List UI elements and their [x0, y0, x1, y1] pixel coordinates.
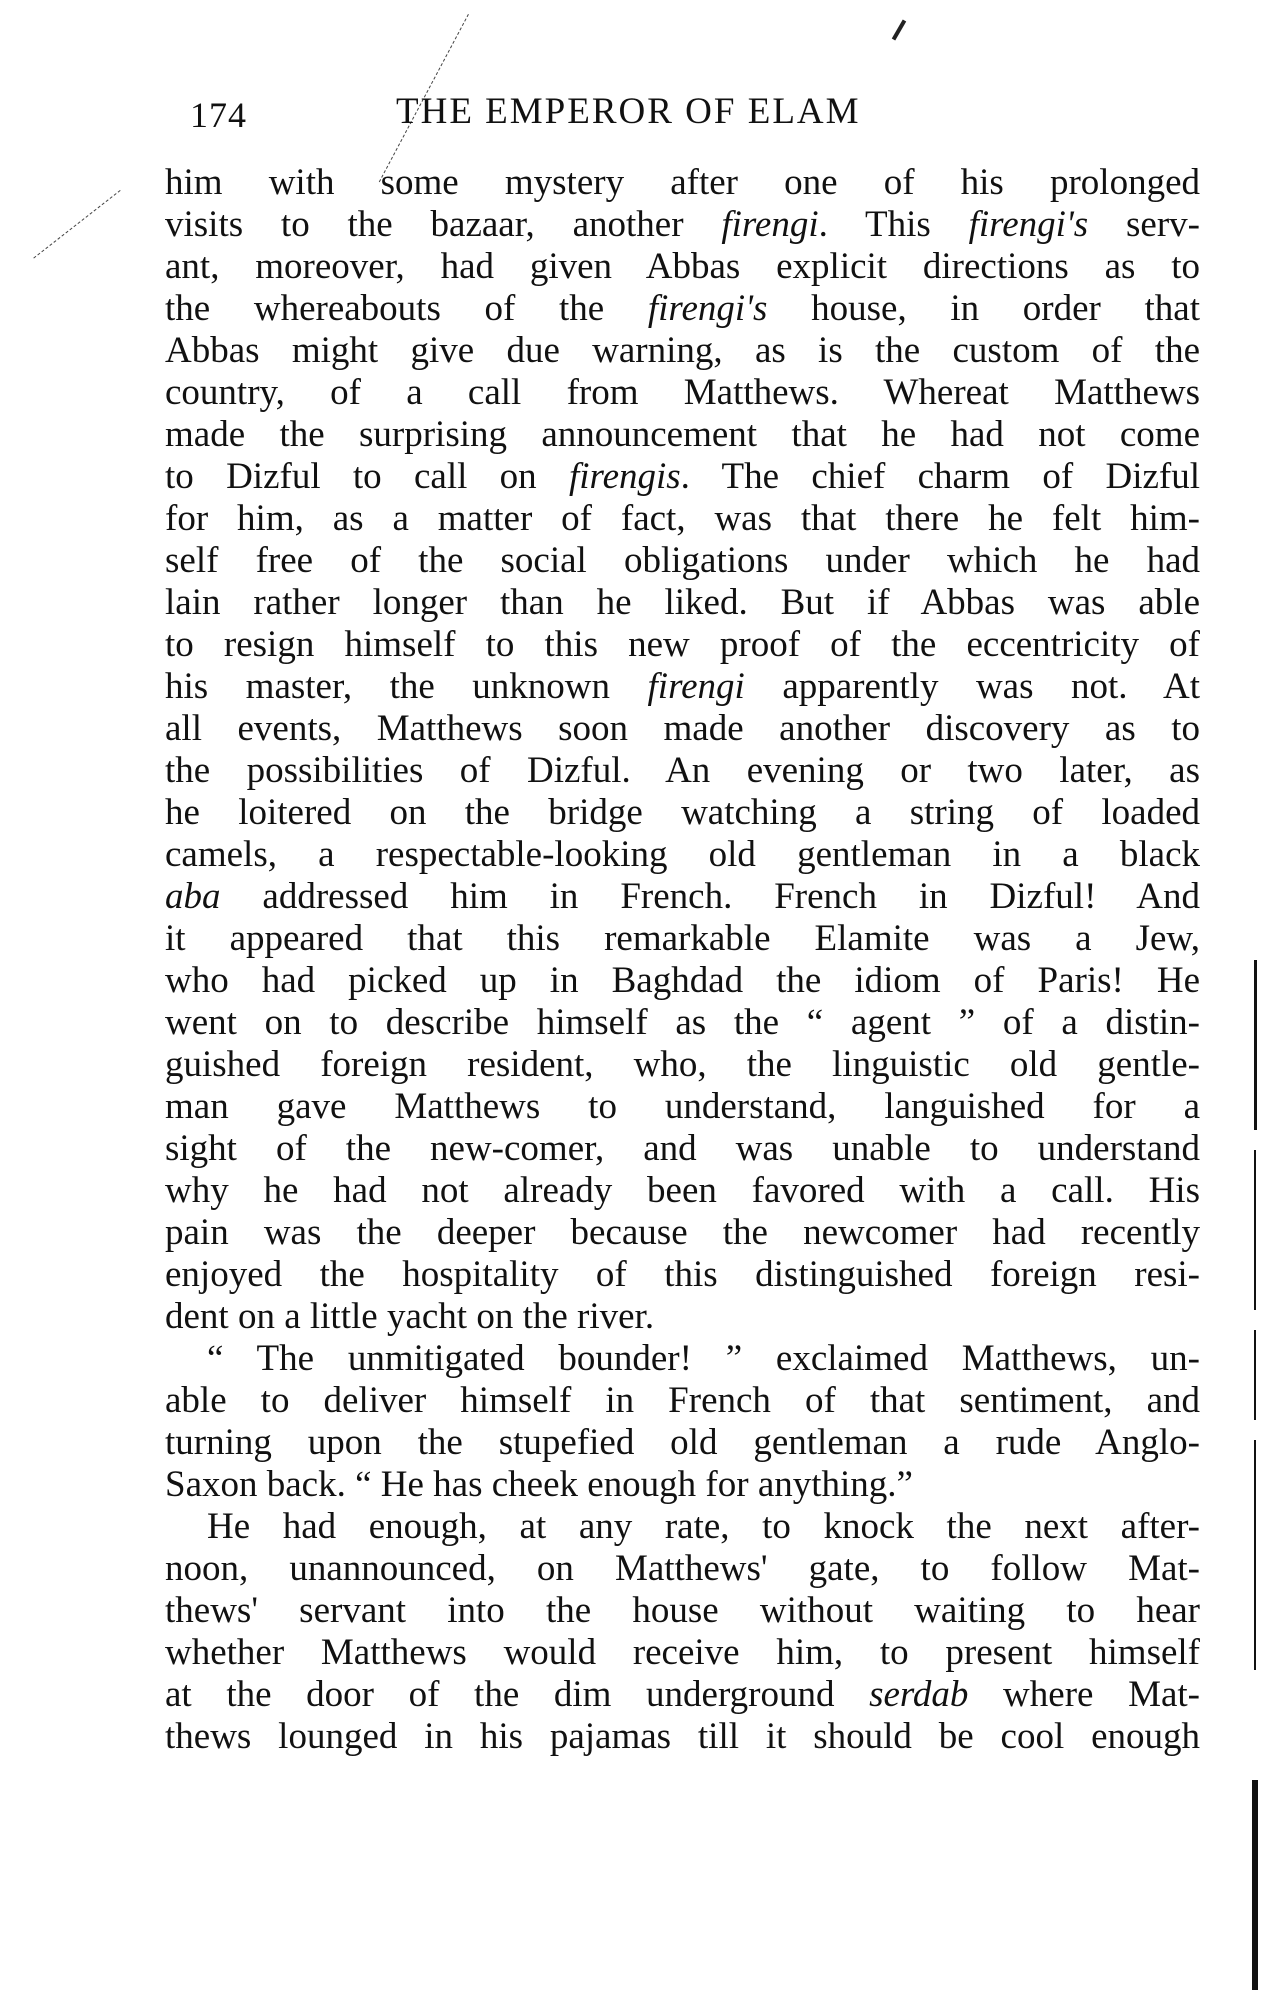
text-line: self free of the social obligations unde… [165, 540, 1200, 582]
text-line: at the door of the dim underground serda… [165, 1674, 1200, 1716]
text-line: turning upon the stupefied old gentleman… [165, 1422, 1200, 1464]
text-line: guished foreign resident, who, the lingu… [165, 1044, 1200, 1086]
text-line: made the surprising announcement that he… [165, 414, 1200, 456]
text-line: “ The unmitigated bounder! ” exclaimed M… [165, 1338, 1200, 1380]
text-line: it appeared that this remarkable Elamite… [165, 918, 1200, 960]
italic-term: firengi [721, 204, 818, 245]
text-line: enjoyed the hospitality of this distingu… [165, 1254, 1200, 1296]
text-line: pain was the deeper because the newcomer… [165, 1212, 1200, 1254]
page-edge-shadow [1252, 1780, 1258, 1990]
italic-term: firengi's [969, 204, 1089, 245]
page-edge-shadow [1254, 1330, 1256, 1420]
pencil-stroke-mark [33, 190, 120, 259]
text-line: Abbas might give due warning, as is the … [165, 330, 1200, 372]
text-line: for him, as a matter of fact, was that t… [165, 498, 1200, 540]
text-line: thews lounged in his pajamas till it sho… [165, 1716, 1200, 1758]
page-edge-shadow [1254, 1150, 1256, 1310]
text-line: his master, the unknown firengi apparent… [165, 666, 1200, 708]
text-line: able to deliver himself in French of tha… [165, 1380, 1200, 1422]
page-header: 174 THE EMPEROR OF ELAM [160, 90, 1210, 140]
text-line: the possibilities of Dizful. An evening … [165, 750, 1200, 792]
text-line: went on to describe himself as the “ age… [165, 1002, 1200, 1044]
text-line: Saxon back. “ He has cheek enough for an… [165, 1464, 1200, 1506]
italic-term: aba [165, 876, 221, 917]
scan-speck [892, 19, 906, 40]
italic-term: firengi [648, 666, 745, 707]
text-line: visits to the bazaar, another firengi. T… [165, 204, 1200, 246]
page-edge-shadow [1254, 960, 1257, 1130]
text-line: country, of a call from Matthews. Wherea… [165, 372, 1200, 414]
text-line: to resign himself to this new proof of t… [165, 624, 1200, 666]
text-line: who had picked up in Baghdad the idiom o… [165, 960, 1200, 1002]
text-line: him with some mystery after one of his p… [165, 162, 1200, 204]
text-line: the whereabouts of the firengi's house, … [165, 288, 1200, 330]
text-line: ant, moreover, had given Abbas explicit … [165, 246, 1200, 288]
text-line: man gave Matthews to understand, languis… [165, 1086, 1200, 1128]
italic-term: firengis [569, 456, 681, 497]
text-line: all events, Matthews soon made another d… [165, 708, 1200, 750]
text-line: sight of the new-comer, and was unable t… [165, 1128, 1200, 1170]
text-line: whether Matthews would receive him, to p… [165, 1632, 1200, 1674]
text-line: noon, unannounced, on Matthews' gate, to… [165, 1548, 1200, 1590]
text-line: He had enough, at any rate, to knock the… [165, 1506, 1200, 1548]
running-title: THE EMPEROR OF ELAM [396, 90, 861, 133]
text-line: aba addressed him in French. French in D… [165, 876, 1200, 918]
text-line: he loitered on the bridge watching a str… [165, 792, 1200, 834]
italic-term: firengi's [648, 288, 768, 329]
page-number: 174 [190, 94, 247, 136]
text-line: camels, a respectable-looking old gentle… [165, 834, 1200, 876]
text-line: to Dizful to call on firengis. The chief… [165, 456, 1200, 498]
text-line: thews' servant into the house without wa… [165, 1590, 1200, 1632]
text-line: lain rather longer than he liked. But if… [165, 582, 1200, 624]
italic-term: serdab [869, 1674, 968, 1715]
page-edge-shadow [1254, 1440, 1256, 1670]
text-line: dent on a little yacht on the river. [165, 1296, 1200, 1338]
text-line: why he had not already been favored with… [165, 1170, 1200, 1212]
book-page: 174 THE EMPEROR OF ELAM him with some my… [0, 0, 1271, 2000]
